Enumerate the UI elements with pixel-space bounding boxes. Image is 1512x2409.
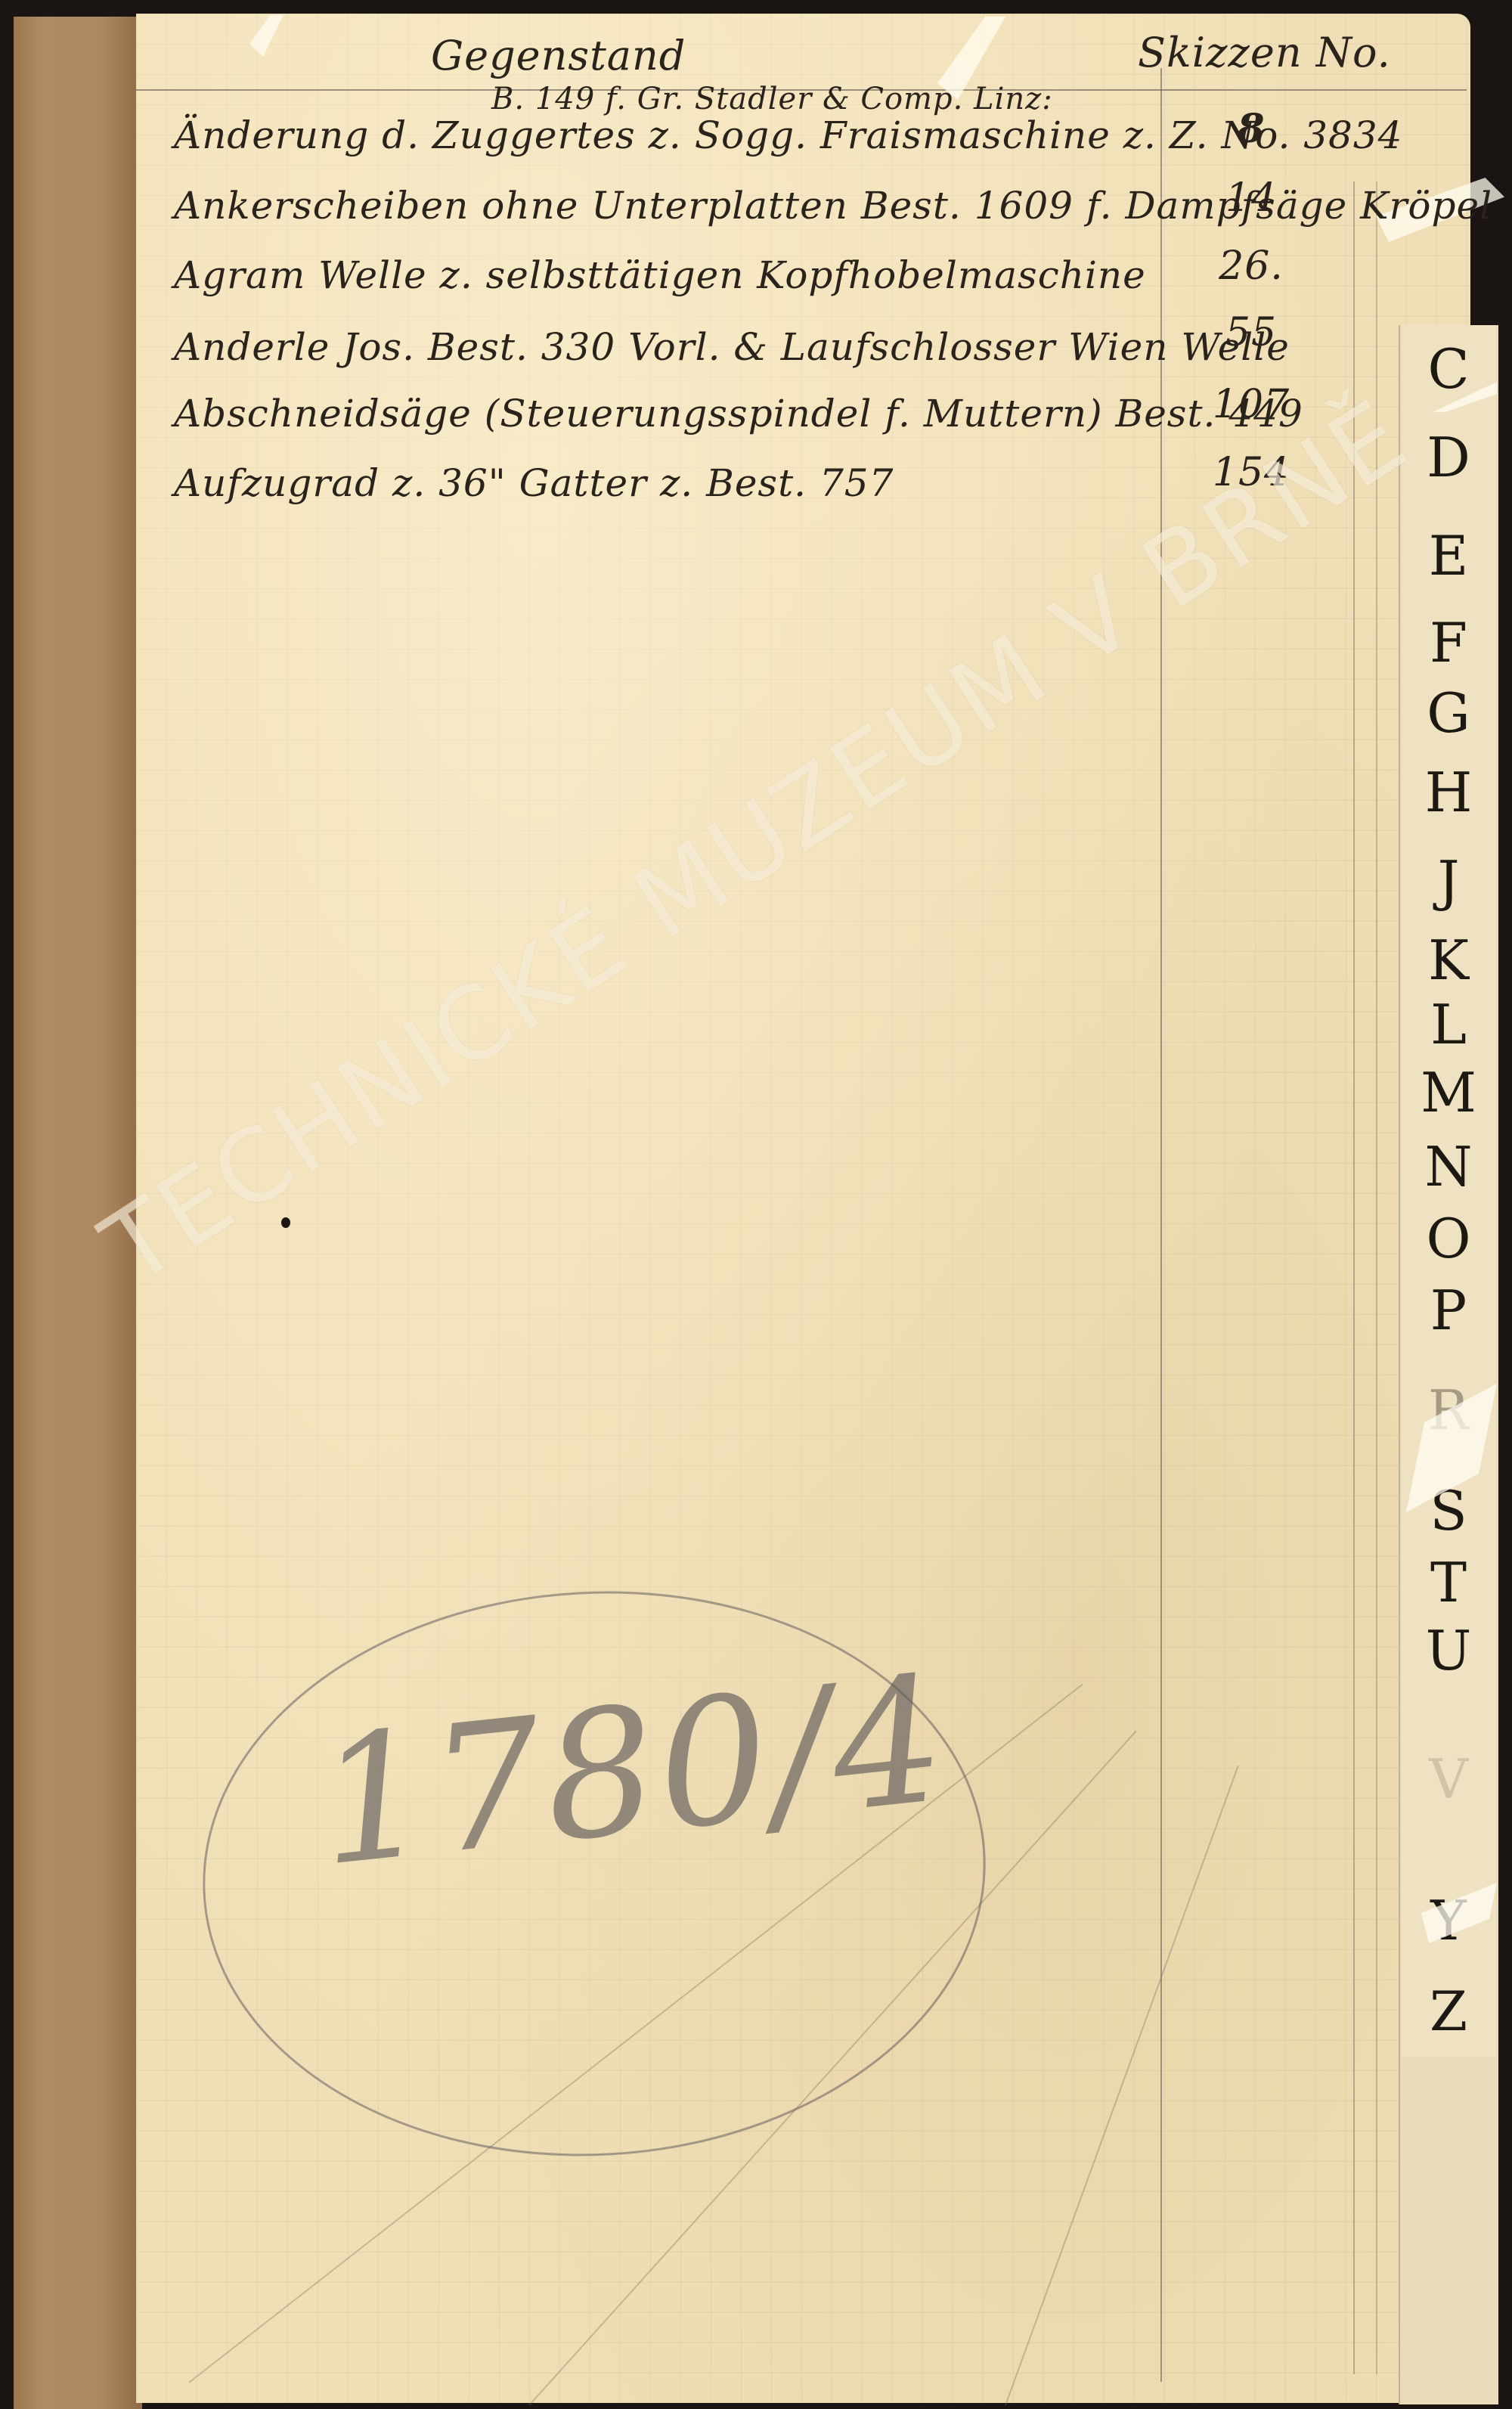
index-tab-j[interactable]: J [1402,836,1495,928]
index-tab-v[interactable]: V [1402,1682,1495,1877]
header-sketch-no: Skizzen No. [1138,29,1391,76]
index-tab-c[interactable]: C [1402,325,1495,414]
index-tab-o[interactable]: O [1402,1202,1495,1276]
entry-sketch-no: 14 [1191,175,1312,221]
index-tab-k[interactable]: K [1402,926,1495,996]
index-tab-h[interactable]: H [1402,749,1495,837]
index-tab-u[interactable]: U [1402,1618,1495,1684]
subheader-note: B. 149 f. Gr. Stadler & Comp. Linz: [491,82,1053,116]
index-tab-t[interactable]: T [1402,1546,1495,1620]
margin-line-2 [1376,181,1377,2374]
index-tab-m[interactable]: M [1402,1055,1495,1132]
entry-subject: Abschneidsäge (Steuerungsspindel f. Mutt… [174,392,1303,436]
index-tab-l[interactable]: L [1402,994,1495,1056]
index-tab-p[interactable]: P [1402,1274,1495,1347]
index-tab-n[interactable]: N [1402,1130,1495,1204]
alphabet-index-tabs: C D E F G H J K L M N O P R S T U V Y Z [1399,325,1498,2404]
entry-sketch-no: 8 [1191,106,1312,152]
scanned-page: Gegenstand Skizzen No. B. 149 f. Gr. Sta… [0,0,1512,2409]
index-tab-z[interactable]: Z [1402,1966,1495,2057]
header-subject: Gegenstand [431,32,686,79]
entry-sketch-no: 107 [1191,382,1312,427]
entry-subject: Aufzugrad z. 36" Gatter z. Best. 757 [174,461,894,505]
entry-sketch-no: 55 [1191,310,1312,355]
entry-sketch-no: 26. [1191,243,1312,289]
index-tab-e[interactable]: E [1402,503,1495,610]
entry-subject: Agram Welle z. selbsttätigen Kopfhobelma… [174,253,1146,297]
index-tab-f[interactable]: F [1402,609,1495,678]
index-tab-g[interactable]: G [1402,677,1495,750]
entry-subject: Anderle Jos. Best. 330 Vorl. & Laufschlo… [174,325,1290,369]
